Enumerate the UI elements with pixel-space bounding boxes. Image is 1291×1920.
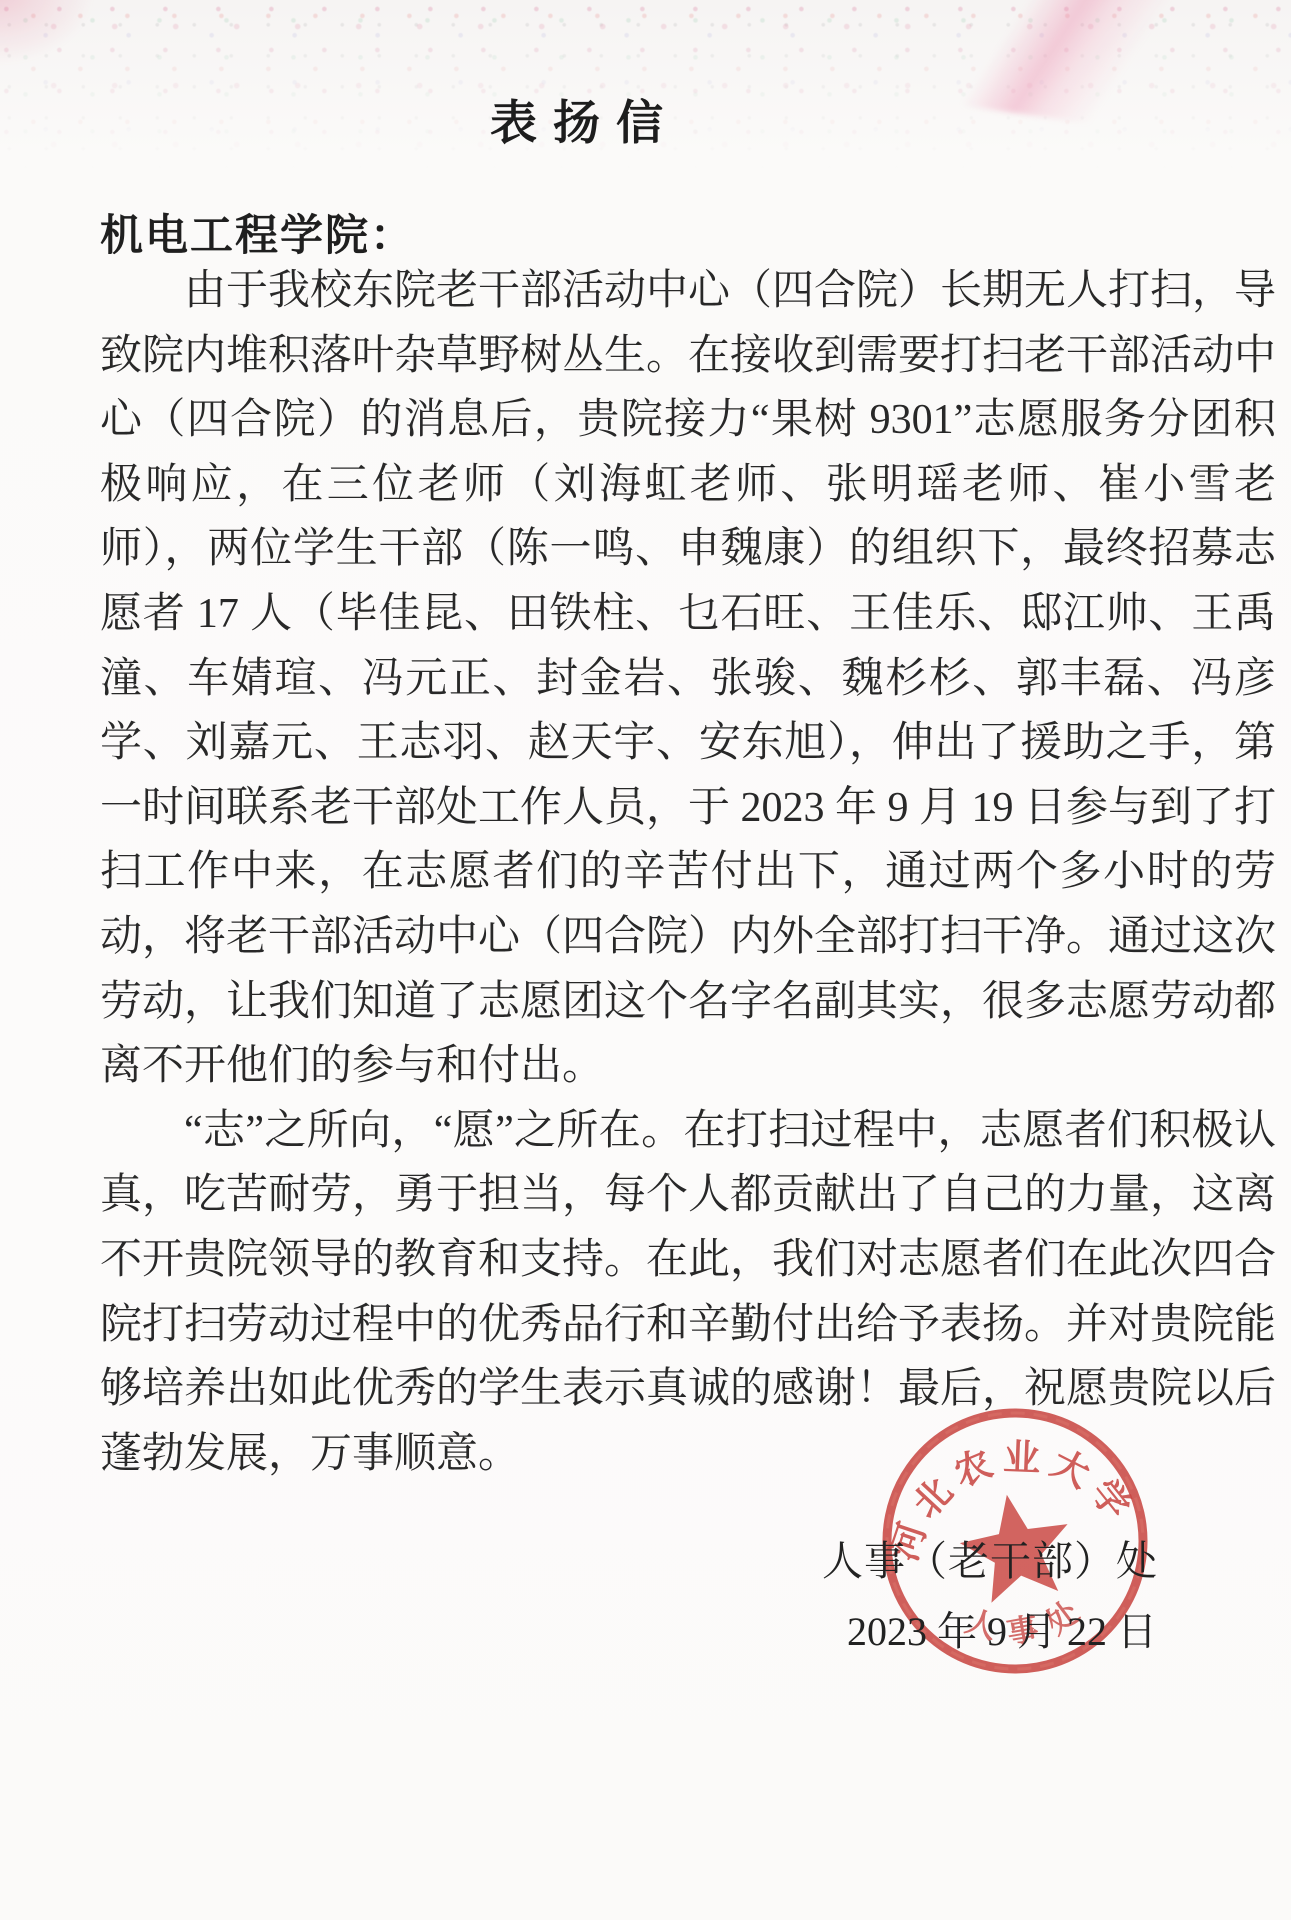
paragraph-1: 由于我校东院老干部活动中心（四合院）长期无人打扫，导致院内堆积落叶杂草野树丛生。… [100, 259, 1276, 1099]
page-title: 表扬信 [0, 86, 1230, 153]
signature-date: 2023 年 9 月 22 日 [772, 1600, 1232, 1657]
letter-page: 表扬信 机电工程学院： 由于我校东院老干部活动中心（四合院）长期无人打扫，导致院… [0, 0, 1291, 1920]
scan-corner-smudge [0, 0, 95, 65]
salutation: 机电工程学院： [100, 202, 415, 263]
letter-body: 由于我校东院老干部活动中心（四合院）长期无人打扫，导致院内堆积落叶杂草野树丛生。… [100, 259, 1276, 1486]
signature-department: 人事（老干部）处 [760, 1528, 1220, 1587]
